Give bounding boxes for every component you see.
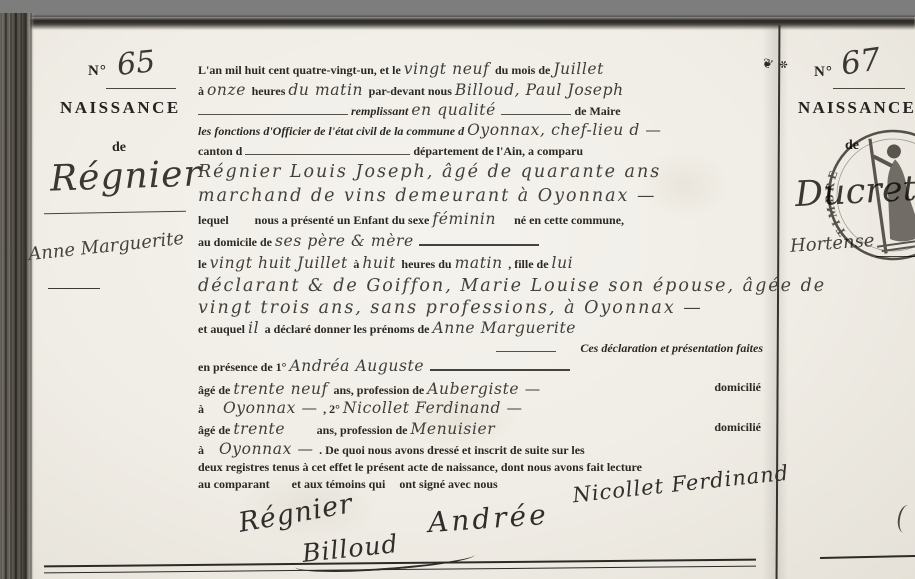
act-line-7: marchand de vins demeurant à Oyonnax — xyxy=(198,186,763,206)
handwritten-text: ses père & mère xyxy=(275,232,419,250)
handwritten-text: en qualité xyxy=(411,101,501,119)
handwritten-text: Anne Marguerite xyxy=(432,319,576,337)
act-line-19: à Oyonnax — . De quoi nous avons dressé … xyxy=(198,440,763,459)
printed-text: , 2° xyxy=(323,402,343,416)
act-line-14: Ces déclaration et présentation faites xyxy=(198,339,763,357)
gap xyxy=(496,223,514,224)
printed-text: deux registres tenus à cet effet le prés… xyxy=(198,460,642,474)
handwritten-text: Andréa Auguste xyxy=(289,357,429,375)
act-line-1: L'an mil huit cent quatre-vingt-un, et l… xyxy=(198,60,763,79)
printed-text: à xyxy=(198,84,207,98)
stamp-figure-icon xyxy=(862,131,915,254)
act-line-2: à onze heures du matin par-devant nous B… xyxy=(198,81,763,100)
printed-text: à xyxy=(353,257,362,271)
certificate-number-value: 67 xyxy=(839,41,883,82)
hand-rule xyxy=(419,236,539,246)
svg-text:TIMBRE: TIMBRE xyxy=(817,164,851,240)
certificate-number-label: N° xyxy=(814,64,833,81)
handwritten-text: Billoud, Paul Joseph xyxy=(455,81,624,99)
certificate-number-label: N° xyxy=(88,63,107,80)
act-line-11: déclarant & de Goiffon, Marie Louise son… xyxy=(198,276,763,296)
act-line-5: canton d département de l'Ain, a comparu xyxy=(198,142,763,160)
handwritten-text: onze xyxy=(207,81,252,99)
act-line-15: en présence de 1° Andréa Auguste xyxy=(198,357,763,376)
printed-text: lequel xyxy=(198,213,229,227)
printed-text: nous a présenté un Enfant du sexe xyxy=(255,213,433,227)
handwritten-text: marchand de vins demeurant à Oyonnax — xyxy=(198,186,656,206)
printed-text: à xyxy=(198,443,207,457)
printed-text: âgé de xyxy=(198,423,233,437)
handwritten-text: huit xyxy=(362,254,401,272)
margin-surname: Régnier xyxy=(49,153,202,199)
handwritten-text: vingt neuf xyxy=(404,60,495,78)
certificate-number-value: 65 xyxy=(115,44,157,83)
gap xyxy=(229,223,255,224)
printed-text: au domicile de xyxy=(198,235,275,249)
handwritten-text: matin xyxy=(455,254,509,272)
handwritten-text: Oyonnax — xyxy=(223,399,323,417)
naissance-heading: NAISSANCE xyxy=(798,98,915,118)
printed-text: du mois de xyxy=(495,63,553,77)
handwritten-text: trente xyxy=(233,420,290,438)
printed-text: en présence de 1° xyxy=(198,360,289,374)
scanned-register-screenshot: { "background": { "outer_gray": "#7d7d7d… xyxy=(0,0,915,579)
handwritten-text: vingt trois ans, sans professions, à Oyo… xyxy=(198,298,703,318)
act-line-4: les fonctions d'Officier de l'état civil… xyxy=(198,121,763,140)
book-binding-edge xyxy=(0,13,34,579)
handwritten-text: il xyxy=(248,319,265,337)
handwritten-text: Aubergiste — xyxy=(427,380,541,398)
printed-text: . De quoi nous avons dressé et inscrit d… xyxy=(319,443,585,457)
printed-text: et aux témoins qui xyxy=(292,477,386,491)
handwritten-text: lui xyxy=(552,254,574,272)
act-line-3: remplissant en qualité de Maire xyxy=(198,101,763,120)
printed-text: , fille de xyxy=(508,257,551,271)
printed-text: heures du xyxy=(401,257,454,271)
printed-text: ans, profession de xyxy=(333,383,427,397)
act-line-16: âgé de trente neuf ans, profession de Au… xyxy=(198,380,763,399)
gap xyxy=(270,487,292,488)
blank-rule xyxy=(501,103,571,115)
act-line-10: le vingt huit Juillet à huit heures du m… xyxy=(198,254,763,273)
printed-text: né en cette commune, xyxy=(514,213,624,227)
printed-text: au comparant xyxy=(198,477,270,491)
printed-text: département de l'Ain, a comparu xyxy=(410,144,583,158)
printed-text: par-devant nous xyxy=(369,84,455,98)
printed-text: canton d xyxy=(198,144,245,158)
handwritten-text: Juillet xyxy=(553,60,604,78)
printed-text: ans, profession de xyxy=(317,423,411,437)
hand-rule xyxy=(430,361,570,371)
handwritten-text: Menuisier xyxy=(410,420,495,438)
handwritten-text: Oyonnax, chef-lieu d — xyxy=(467,121,661,139)
blank-rule xyxy=(496,340,556,352)
act-line-17: à Oyonnax — , 2° Nicollet Ferdinand — xyxy=(198,399,763,418)
printed-text: ont signé avec nous xyxy=(399,477,497,491)
gap xyxy=(385,487,399,488)
handwritten-text: Régnier Louis Joseph, âgé de quarante an… xyxy=(198,162,661,182)
printed-text: heures xyxy=(252,84,289,98)
blank-rule xyxy=(198,103,348,115)
printed-text: a déclaré donner les prénoms de xyxy=(265,322,433,336)
handwritten-text: trente neuf xyxy=(233,380,333,398)
handwritten-text: féminin xyxy=(432,210,496,228)
act-line-12: vingt trois ans, sans professions, à Oyo… xyxy=(198,298,763,318)
printed-text: domicilié xyxy=(714,380,761,395)
gap xyxy=(207,412,223,413)
number-underline xyxy=(106,88,176,89)
stamp-arc-text: TIMBRE xyxy=(817,164,851,240)
handwritten-text: du matin xyxy=(288,81,368,99)
number-underline xyxy=(833,88,905,89)
margin-short-rule xyxy=(48,288,100,289)
printed-text: âgé de xyxy=(198,383,233,397)
gap xyxy=(291,433,317,434)
gap xyxy=(207,453,219,454)
handwritten-text: vingt huit Juillet xyxy=(210,254,354,272)
handwritten-text: déclarant & de Goiffon, Marie Louise son… xyxy=(198,276,826,296)
act-line-9: au domicile de ses père & mère xyxy=(198,232,763,251)
act-line-13: et auquel il a déclaré donner les prénom… xyxy=(198,319,763,338)
printed-text: de Maire xyxy=(571,104,620,118)
handwritten-text: Nicollet Ferdinand — xyxy=(343,399,523,417)
act-line-8: lequelnous a présenté un Enfant du sexe … xyxy=(198,210,763,229)
blank-rule xyxy=(245,143,410,155)
de-label: de xyxy=(112,140,126,156)
printed-text: et auquel xyxy=(198,322,248,336)
naissance-heading: NAISSANCE xyxy=(60,98,181,118)
handwritten-text: Oyonnax — xyxy=(219,440,319,458)
printed-italic-text: remplissant xyxy=(348,104,411,118)
printed-text: L'an mil huit cent quatre-vingt-un, et l… xyxy=(198,63,404,77)
act-line-18: âgé de trente ans, profession de Menuisi… xyxy=(198,420,763,439)
printed-italic-text: les fonctions d'Officier de l'état civil… xyxy=(198,124,467,138)
gap xyxy=(556,351,580,352)
printed-text: domicilié xyxy=(714,420,761,435)
printed-text: le xyxy=(198,257,210,271)
printed-text: à xyxy=(198,402,207,416)
printed-italic-text: Ces déclaration et présentation faites xyxy=(580,341,763,355)
act-line-6: Régnier Louis Joseph, âgé de quarante an… xyxy=(198,162,763,182)
